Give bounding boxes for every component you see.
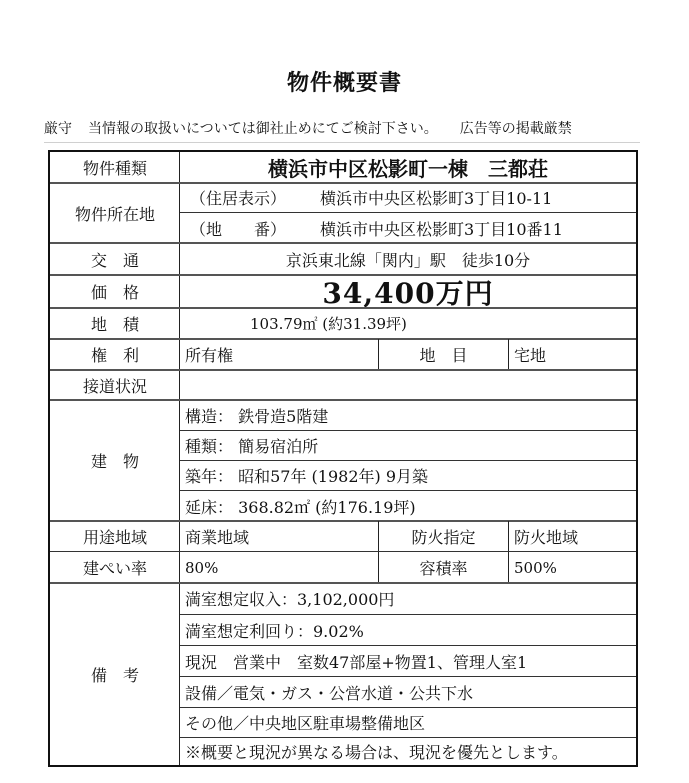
label-building: 建物 bbox=[50, 400, 180, 521]
remark-yield: 満室想定利回り：9.02% bbox=[180, 615, 636, 645]
value-rights: 所有権 bbox=[180, 339, 378, 370]
label-road-access: 接道状況 bbox=[50, 370, 180, 400]
value-floor-area-ratio: 500% bbox=[509, 552, 636, 583]
value-fire-designation: 防火地域 bbox=[509, 521, 636, 552]
value-land-category: 宅地 bbox=[509, 339, 636, 370]
building-built-year: 築年： 昭和57年 (1982年) 9月築 bbox=[180, 461, 636, 490]
remark-facilities: 設備／電気・ガス・公営水道・公共下水 bbox=[180, 677, 636, 707]
label-remarks: 備考 bbox=[50, 583, 180, 765]
lot-label: （地 番） bbox=[190, 217, 320, 240]
label-price: 価格 bbox=[50, 275, 180, 308]
label-coverage-ratio: 建ぺい率 bbox=[50, 552, 180, 583]
value-road-access bbox=[180, 370, 636, 400]
label-land-area: 地積 bbox=[50, 308, 180, 339]
divider bbox=[44, 142, 640, 143]
notice-strict: 厳守 bbox=[44, 121, 72, 137]
location-lot: （地 番） 横浜市中央区松影町3丁目10番11 bbox=[180, 213, 636, 243]
value-price: 34,400万円 bbox=[180, 275, 636, 308]
building-structure: 構造： 鉄骨造5階建 bbox=[180, 400, 636, 430]
label-floor-area-ratio: 容積率 bbox=[379, 552, 508, 583]
remark-other: その他／中央地区駐車場整備地区 bbox=[180, 708, 636, 737]
remark-disclaimer: ※概要と現況が異なる場合は、現況を優先とします。 bbox=[180, 738, 636, 765]
value-transport: 京浜東北線「関内」駅 徒歩10分 bbox=[180, 243, 636, 275]
document-title: 物件概要書 bbox=[0, 66, 689, 97]
label-transport: 交通 bbox=[50, 243, 180, 275]
notice-handling: 当情報の取扱いについては御社止めにてご検討下さい。 bbox=[88, 121, 438, 137]
value-land-area: 103.79㎡ (約31.39坪) bbox=[250, 308, 636, 339]
value-property-type: 横浜市中区松影町一棟 三都荘 bbox=[180, 152, 636, 183]
residence-label: （住居表示） bbox=[190, 186, 320, 209]
label-zoning: 用途地域 bbox=[50, 521, 180, 552]
value-zoning: 商業地域 bbox=[180, 521, 378, 552]
label-property-type: 物件種類 bbox=[50, 152, 180, 183]
remark-full-income: 満室想定収入：3,102,000円 bbox=[180, 583, 636, 614]
location-residence: （住居表示） 横浜市中央区松影町3丁目10-11 bbox=[180, 183, 636, 212]
property-summary-table: 物件種類 横浜市中区松影町一棟 三都荘 物件所在地 （住居表示） 横浜市中央区松… bbox=[48, 150, 638, 767]
value-coverage-ratio: 80% bbox=[180, 552, 378, 583]
label-rights: 権利 bbox=[50, 339, 180, 370]
building-floor-area: 延床： 368.82㎡ (約176.19坪) bbox=[180, 491, 636, 521]
label-land-category: 地目 bbox=[379, 339, 508, 370]
residence-value: 横浜市中央区松影町3丁目10-11 bbox=[320, 186, 552, 209]
label-location: 物件所在地 bbox=[50, 183, 180, 243]
notice-no-ads: 広告等の掲載厳禁 bbox=[460, 121, 572, 137]
confidentiality-notice: 厳守当情報の取扱いについては御社止めにてご検討下さい。広告等の掲載厳禁 bbox=[44, 118, 572, 138]
lot-value: 横浜市中央区松影町3丁目10番11 bbox=[320, 217, 563, 240]
building-type: 種類： 簡易宿泊所 bbox=[180, 431, 636, 460]
label-fire-designation: 防火指定 bbox=[379, 521, 508, 552]
remark-current-status: 現況 営業中 室数47部屋+物置1、管理人室1 bbox=[180, 646, 636, 676]
